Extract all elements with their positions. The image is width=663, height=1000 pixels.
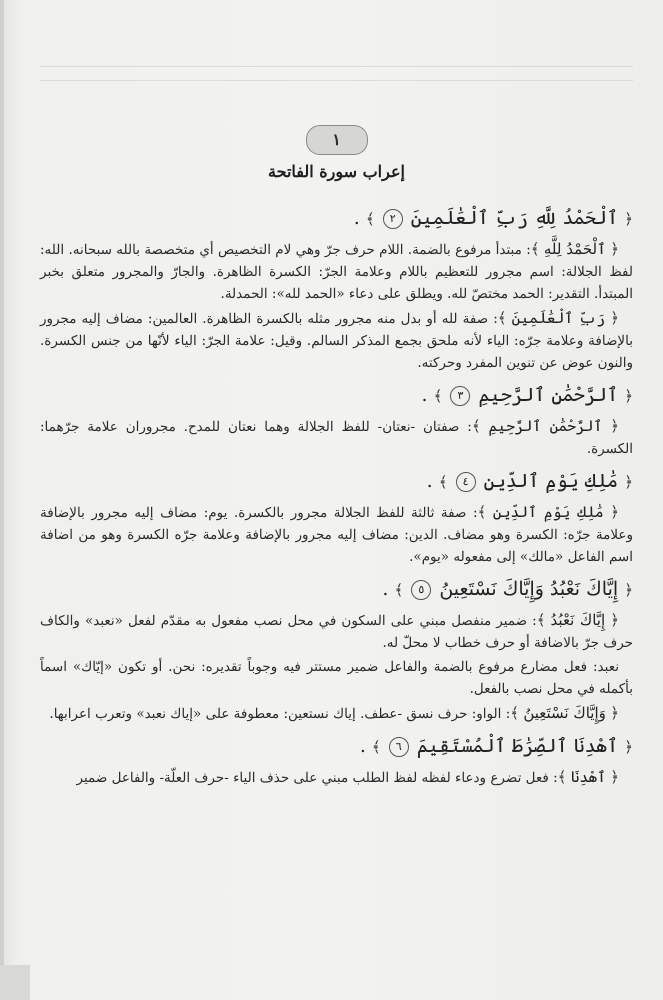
ayah-number-icon: ٦ <box>389 737 409 757</box>
page-corner-shadow <box>0 965 30 1000</box>
ornate-bracket-open-icon: ﴿ <box>624 210 633 228</box>
verse-heading: ﴿ ٱهْدِنَا ٱلصِّرَٰطَ ٱلْمُسْتَقِيمَ ٦ ﴾… <box>40 731 633 762</box>
ayah-number-icon: ٤ <box>456 472 476 492</box>
ornate-bracket-close-icon: ﴾ <box>498 309 507 327</box>
analysis-paragraph: ﴿ ٱلرَّحْمَٰنِ ٱلرَّحِيمِ ﴾: صفتان -نعتا… <box>40 415 633 460</box>
ornate-bracket-close-icon: ﴾ <box>372 738 381 756</box>
analysis-paragraph: نعبد: فعل مضارع مرفوع بالضمة والفاعل ضمي… <box>40 656 633 700</box>
ornate-bracket-open-icon: ﴿ <box>610 611 619 629</box>
ornate-bracket-open-icon: ﴿ <box>610 503 619 521</box>
verse-trail: . <box>422 384 434 406</box>
chapter-number-badge: ١ <box>306 125 368 155</box>
verse-heading: ﴿ إِيَّاكَ نَعْبُدُ وَإِيَّاكَ نَسْتَعِي… <box>40 574 633 605</box>
bleed-through-line <box>40 80 633 81</box>
ayah-number-icon: ٥ <box>411 580 431 600</box>
ornate-bracket-close-icon: ﴾ <box>558 768 567 786</box>
ornate-bracket-close-icon: ﴾ <box>472 417 481 435</box>
analysis-paragraph: ﴿ رَبِّ ٱلْعَٰلَمِينَ ﴾: صفة لله أو بدل … <box>40 307 633 374</box>
ornate-bracket-open-icon: ﴿ <box>610 240 619 258</box>
ornate-bracket-close-icon: ﴾ <box>394 581 403 599</box>
analysis-text: : فعل تضرع ودعاء لفظه لفظ الطلب مبني على… <box>77 770 558 786</box>
ornate-bracket-close-icon: ﴾ <box>439 473 448 491</box>
analyzed-term: مَٰلِكِ يَوْمِ ٱلدِّينِ <box>493 503 604 521</box>
verse-trail: . <box>360 735 372 757</box>
page-edge-shadow <box>0 0 4 1000</box>
analyzed-term: وَإِيَّاكَ نَسْتَعِينُ <box>523 704 606 722</box>
analyzed-term: ٱلْحَمْدُ لِلَّهِ <box>544 240 606 258</box>
verse-trail: . <box>354 207 366 229</box>
analyzed-term: إِيَّاكَ نَعْبُدُ <box>551 611 606 629</box>
verse-text: ٱلرَّحْمَٰنِ ٱلرَّحِيمِ <box>479 384 619 406</box>
analysis-paragraph: ﴿ إِيَّاكَ نَعْبُدُ ﴾: ضمير منفصل مبني ع… <box>40 609 633 654</box>
verse-text: إِيَّاكَ نَعْبُدُ وَإِيَّاكَ نَسْتَعِينُ <box>439 578 618 600</box>
bleed-through-line <box>40 66 633 67</box>
ornate-bracket-close-icon: ﴾ <box>510 704 519 722</box>
analyzed-term: رَبِّ ٱلْعَٰلَمِينَ <box>512 309 605 327</box>
verse-heading: ﴿ مَٰلِكِ يَوْمِ ٱلدِّينِ ٤ ﴾ . <box>40 466 633 497</box>
analysis-text: : الواو: حرف نسق -عطف. إياك نستعين: معطو… <box>49 706 510 722</box>
analysis-text: نعبد: فعل مضارع مرفوع بالضمة والفاعل ضمي… <box>40 659 633 697</box>
verse-trail: . <box>427 470 439 492</box>
analysis-paragraph: ﴿ وَإِيَّاكَ نَسْتَعِينُ ﴾: الواو: حرف ن… <box>40 702 633 725</box>
verse-trail: . <box>382 578 394 600</box>
ornate-bracket-open-icon: ﴿ <box>624 581 633 599</box>
verse-heading: ﴿ ٱلرَّحْمَٰنِ ٱلرَّحِيمِ ٣ ﴾ . <box>40 380 633 411</box>
analyzed-term: ٱهْدِنَا <box>571 768 606 786</box>
ornate-bracket-open-icon: ﴿ <box>610 417 619 435</box>
analysis-paragraph: ﴿ ٱهْدِنَا ﴾: فعل تضرع ودعاء لفظه لفظ ال… <box>40 766 633 789</box>
ornate-bracket-open-icon: ﴿ <box>610 704 619 722</box>
ayah-number-icon: ٢ <box>383 209 403 229</box>
ornate-bracket-close-icon: ﴾ <box>366 210 375 228</box>
ornate-bracket-open-icon: ﴿ <box>624 387 633 405</box>
ornate-bracket-open-icon: ﴿ <box>610 309 619 327</box>
analysis-paragraph: ﴿ مَٰلِكِ يَوْمِ ٱلدِّينِ ﴾: صفة ثالثة ل… <box>40 501 633 568</box>
verse-heading: ﴿ ٱلْحَمْدُ لِلَّهِ رَبِّ ٱلْعَٰلَمِينَ … <box>40 203 633 234</box>
analyzed-term: ٱلرَّحْمَٰنِ ٱلرَّحِيمِ <box>489 417 603 435</box>
analysis-paragraph: ﴿ ٱلْحَمْدُ لِلَّهِ ﴾: مبتدأ مرفوع بالضم… <box>40 238 633 305</box>
chapter-title: إعراب سورة الفاتحة <box>40 161 633 183</box>
ornate-bracket-close-icon: ﴾ <box>478 503 487 521</box>
chapter-badge-wrap: ١ <box>40 125 633 155</box>
ornate-bracket-close-icon: ﴾ <box>537 611 546 629</box>
page-content: ١ إعراب سورة الفاتحة ﴿ ٱلْحَمْدُ لِلَّهِ… <box>40 125 633 791</box>
verse-text: ٱهْدِنَا ٱلصِّرَٰطَ ٱلْمُسْتَقِيمَ <box>417 735 618 757</box>
ornate-bracket-open-icon: ﴿ <box>610 768 619 786</box>
ornate-bracket-close-icon: ﴾ <box>531 240 540 258</box>
ornate-bracket-open-icon: ﴿ <box>624 473 633 491</box>
verse-text: ٱلْحَمْدُ لِلَّهِ رَبِّ ٱلْعَٰلَمِينَ <box>411 207 618 229</box>
ayah-number-icon: ٣ <box>450 386 470 406</box>
verse-text: مَٰلِكِ يَوْمِ ٱلدِّينِ <box>484 470 619 492</box>
ornate-bracket-open-icon: ﴿ <box>624 738 633 756</box>
book-page: ١ إعراب سورة الفاتحة ﴿ ٱلْحَمْدُ لِلَّهِ… <box>0 0 663 1000</box>
ornate-bracket-close-icon: ﴾ <box>434 387 443 405</box>
